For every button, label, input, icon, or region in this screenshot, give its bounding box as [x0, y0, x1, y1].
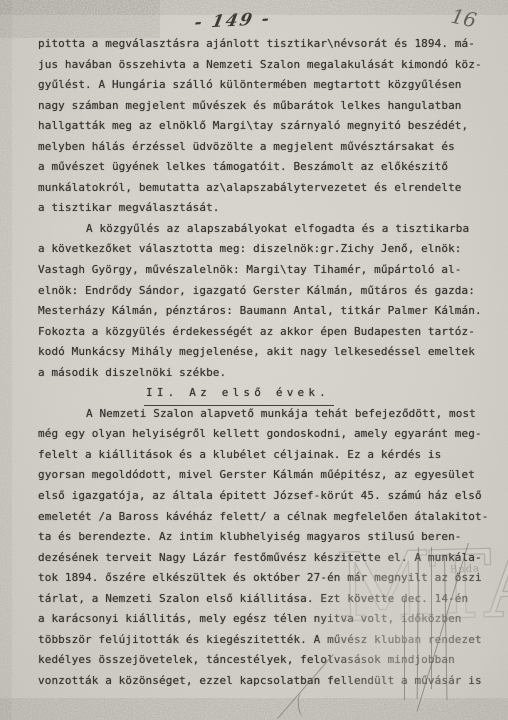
pencil-stroke [404, 598, 405, 700]
paragraph: pitotta a megválasztásra ajánlott tiszti… [38, 34, 486, 219]
text-line: Vastagh György, művészalelnök: Margi\tay… [38, 260, 486, 281]
text-line: elnök: Endrődy Sándor, igazgató Gerster … [38, 281, 486, 302]
text-line: nagy számban megjelent művészek és műbar… [38, 96, 486, 117]
text-line: Fokozta a közgyülés érdekességét az akko… [38, 322, 486, 343]
text-line: első igazgatója, az általa épitett Józse… [38, 486, 486, 507]
text-line: felelt a kiállitások és a klubélet célja… [38, 445, 486, 466]
text-line: a második diszelnöki székbe. [38, 363, 486, 384]
section-heading-text: II. Az első évek. [144, 383, 334, 406]
paragraph: A közgyűlés az alapszabályokat elfogadta… [38, 219, 486, 383]
handwritten-page-number: - 149 - [193, 9, 273, 33]
section-heading: II. Az első évek. [38, 383, 486, 404]
text-line: a tisztikar megválasztását. [38, 198, 486, 219]
text-line: kodó Munkácsy Mihály megjelenése, akit n… [38, 342, 486, 363]
text-line: melyben hálás érzéssel üdvözölte a megje… [38, 137, 486, 158]
text-line: még egy olyan helyiségről kellett gondos… [38, 424, 486, 445]
text-line: munkálatokról, bemutatta az\alapszabályt… [38, 178, 486, 199]
text-line: többször felújitották és kiegészitették.… [38, 630, 486, 651]
text-line: A közgyűlés az alapszabályokat elfogadta… [38, 219, 486, 240]
text-line: a művészet ügyének lelkes támogatóit. Be… [38, 157, 486, 178]
pencil-hook-mark [297, 692, 310, 717]
text-line: pitotta a megválasztásra ajánlott tiszti… [38, 34, 486, 55]
text-line: gyűlést. A Hungária szálló különtermében… [38, 75, 486, 96]
text-line: vonzották a közönséget, ezzel kapcsolatb… [38, 671, 486, 692]
text-line: gyorsan megoldódott, mivel Gerster Kálmá… [38, 465, 486, 486]
scanned-document-page: MTA Buda - 149 - 16 pitotta a megválaszt… [0, 0, 508, 720]
text-line: jus havában összehivta a Nemzeti Szalon … [38, 55, 486, 76]
text-line: Mesterházy Kálmán, pénztáros: Baumann An… [38, 301, 486, 322]
text-line: A Nemzeti Szalon alapvető munkája tehát … [38, 404, 486, 425]
pencil-corner-annotation: 16 [449, 4, 479, 33]
text-line: a következőket választotta meg: diszelnö… [38, 239, 486, 260]
text-line: emeletét /a Baross kávéház felett/ a cél… [38, 507, 486, 528]
text-line: ta és berendezte. Az intim klubhelyiség … [38, 527, 486, 548]
text-line: a karácsonyi kiállitás, mely egész télen… [38, 609, 486, 630]
text-line: hallgatták meg az elnöklő Margi\tay szár… [38, 116, 486, 137]
text-line: kedélyes összejövetelek, táncestélyek, f… [38, 650, 486, 671]
